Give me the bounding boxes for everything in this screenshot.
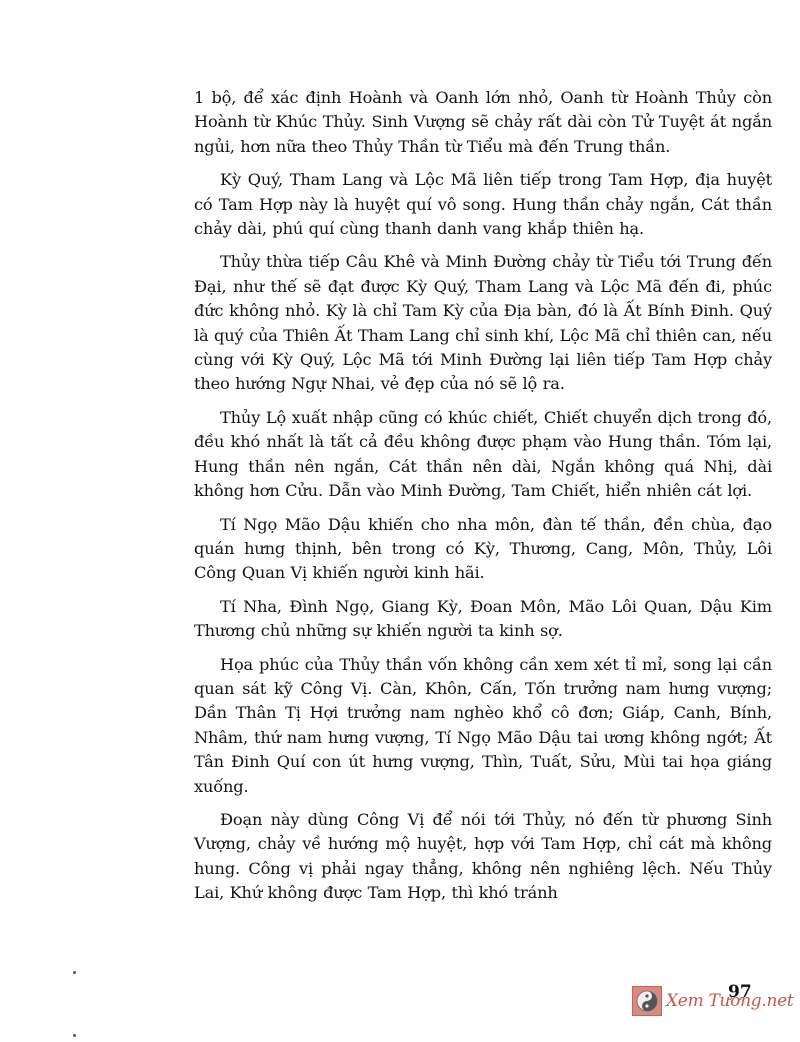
scan-speck bbox=[73, 971, 76, 974]
scan-speck bbox=[73, 1034, 76, 1037]
yin-yang-icon bbox=[632, 986, 662, 1016]
paragraph-7: Họa phúc của Thủy thần vốn không cần xem… bbox=[194, 653, 772, 799]
paragraph-3: Thủy thừa tiếp Câu Khê và Minh Đường chả… bbox=[194, 250, 772, 396]
book-page-text: 1 bộ, để xác định Hoành và Oanh lớn nhỏ,… bbox=[194, 86, 772, 915]
paragraph-1: 1 bộ, để xác định Hoành và Oanh lớn nhỏ,… bbox=[194, 86, 772, 159]
paragraph-2: Kỳ Quý, Tham Lang và Lộc Mã liên tiếp tr… bbox=[194, 168, 772, 241]
paragraph-8: Đoạn này dùng Công Vị để nói tới Thủy, n… bbox=[194, 808, 772, 906]
page-number: 97 bbox=[728, 982, 752, 1002]
paragraph-6: Tí Nha, Đình Ngọ, Giang Kỳ, Đoan Môn, Mã… bbox=[194, 595, 772, 644]
watermark: Xem Tướng.net bbox=[632, 986, 793, 1016]
paragraph-4: Thủy Lộ xuất nhập cũng có khúc chiết, Ch… bbox=[194, 406, 772, 504]
paragraph-5: Tí Ngọ Mão Dậu khiến cho nha môn, đàn tế… bbox=[194, 513, 772, 586]
